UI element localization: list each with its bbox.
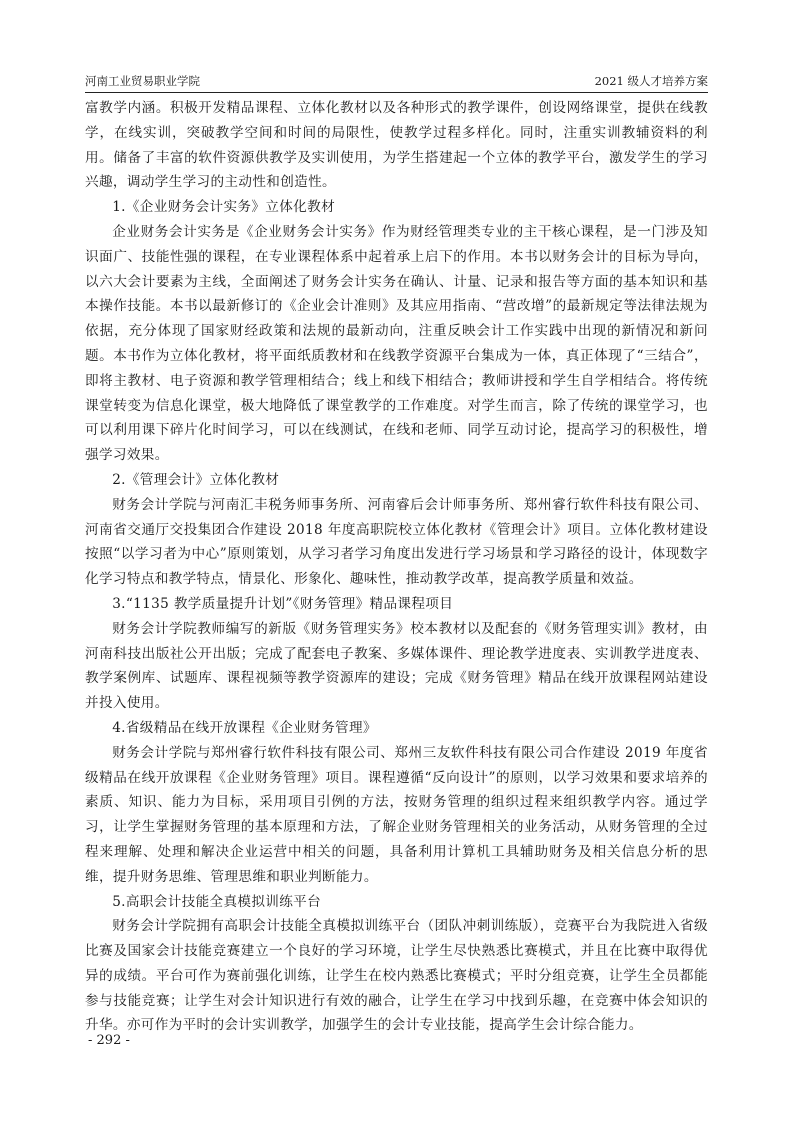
page-header: 河南工业贸易职业学院 2021 级人才培养方案 <box>85 74 708 93</box>
section-heading-5: 5.高职会计技能全真模拟训练平台 <box>85 890 708 915</box>
section-heading-2: 2.《管理会计》立体化教材 <box>85 468 708 493</box>
page-body: 富教学内涵。积极开发精品课程、立体化教材以及各种形式的教学课件，创设网络课堂，提… <box>85 96 708 1038</box>
section-heading-4: 4.省级精品在线开放课程《企业财务管理》 <box>85 716 708 741</box>
section-text-4: 财务会计学院与郑州睿行软件科技有限公司、郑州三友软件科技有限公司合作建设 201… <box>85 741 708 890</box>
header-document-title: 2021 级人才培养方案 <box>595 73 708 89</box>
section-text-3: 财务会计学院教师编写的新版《财务管理实务》校本教材以及配套的《财务管理实训》教材… <box>85 617 708 716</box>
section-text-1: 企业财务会计实务是《企业财务会计实务》作为财经管理类专业的主干核心课程，是一门涉… <box>85 220 708 468</box>
intro-paragraph: 富教学内涵。积极开发精品课程、立体化教材以及各种形式的教学课件，创设网络课堂，提… <box>85 96 708 195</box>
section-text-2: 财务会计学院与河南汇丰税务师事务所、河南睿后会计师事务所、郑州睿行软件科技有限公… <box>85 493 708 592</box>
section-heading-3: 3.“1135 教学质量提升计划”《财务管理》精品课程项目 <box>85 592 708 617</box>
header-institution: 河南工业贸易职业学院 <box>85 73 200 89</box>
section-heading-1: 1.《企业财务会计实务》立体化教材 <box>85 195 708 220</box>
section-text-5: 财务会计学院拥有高职会计技能全真模拟训练平台（团队冲刺训练版），竞赛平台为我院进… <box>85 914 708 1038</box>
page-number: - 292 - <box>88 1033 130 1048</box>
